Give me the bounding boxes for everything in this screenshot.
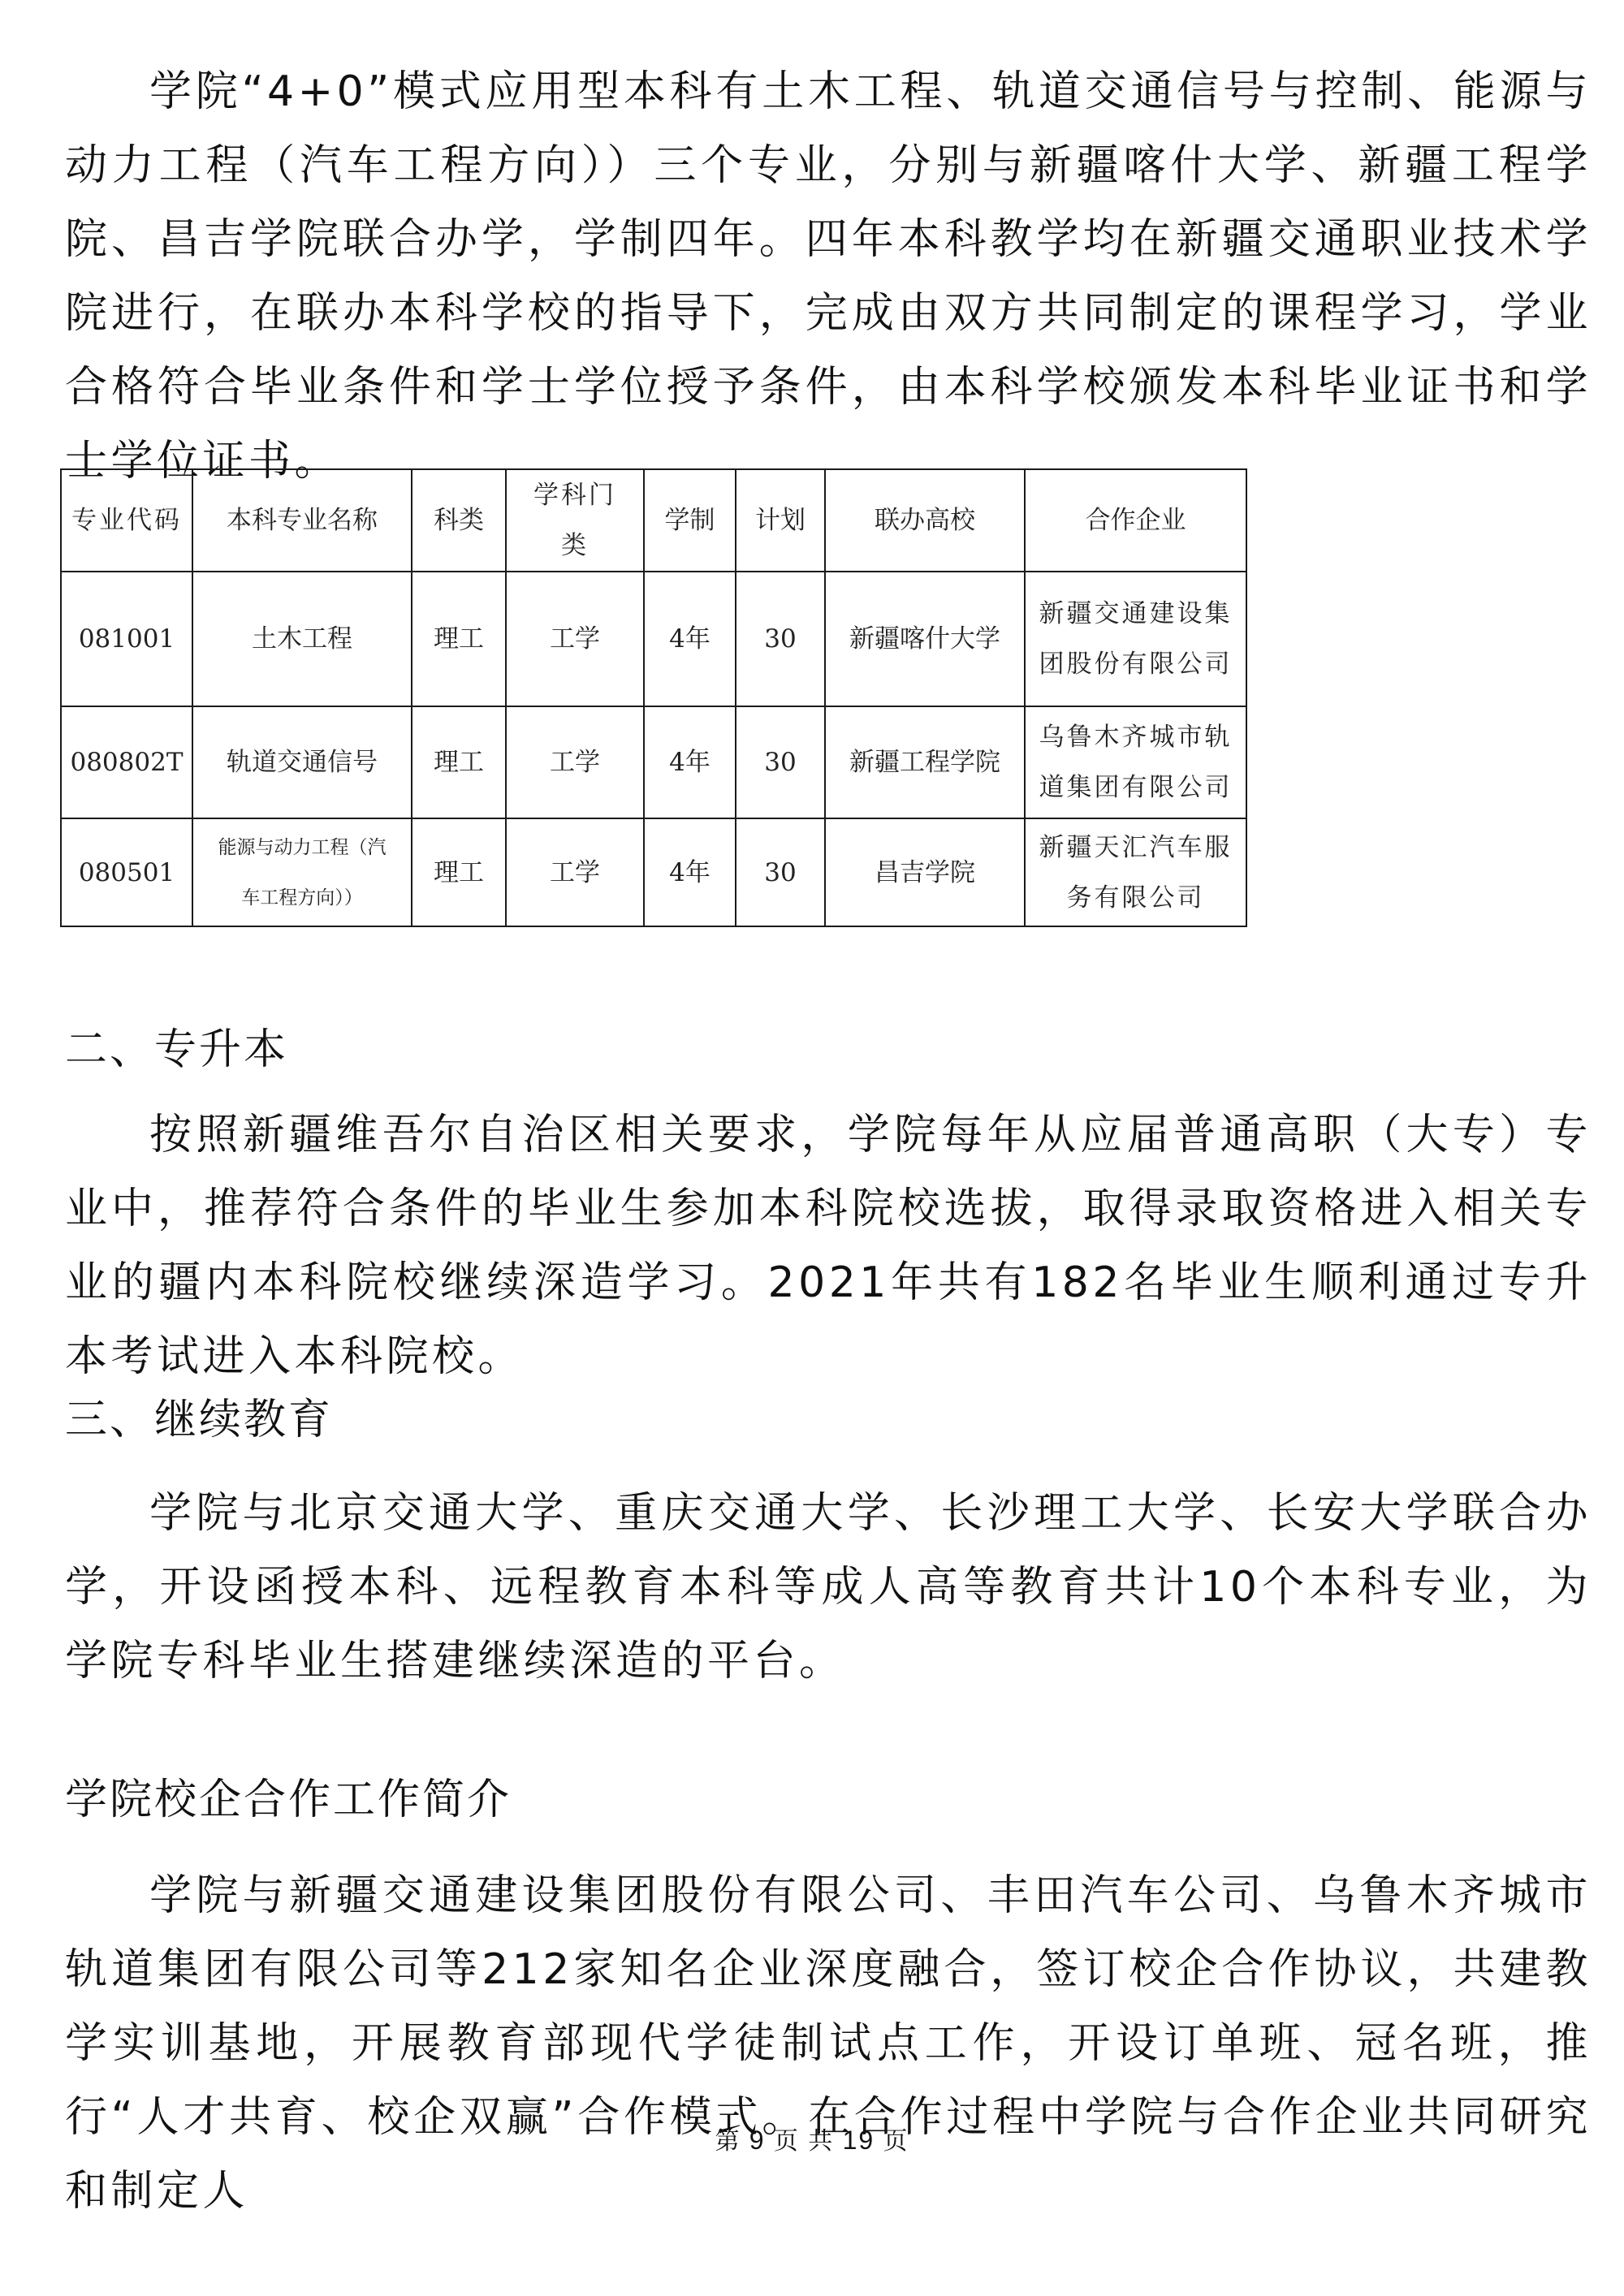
table-row: 080501 能源与动力工程（汽车工程方向）） 理工 工学 4年 30 昌吉学院… xyxy=(61,818,1246,926)
cell-partner: 新疆交通建设集团股份有限公司 xyxy=(1025,572,1246,706)
continuing-education-paragraph: 学院与北京交通大学、重庆交通大学、长沙理工大学、长安大学联合办学，开设函授本科、… xyxy=(65,1477,1592,1698)
header-discipline: 学科门类 xyxy=(506,469,644,572)
footer-prefix: 第 xyxy=(715,2128,741,2155)
intro-paragraph: 学院“4+0”模式应用型本科有土木工程、轨道交通信号与控制、能源与动力工程（汽车… xyxy=(65,55,1592,498)
cell-code: 080501 xyxy=(61,818,192,926)
cell-duration: 4年 xyxy=(644,572,736,706)
section-heading-continuing-education: 三、继续教育 xyxy=(65,1392,333,1448)
cell-name: 能源与动力工程（汽车工程方向）） xyxy=(192,818,412,926)
page-footer: 第 9 页 共 19 页 xyxy=(0,2121,1624,2156)
cell-code: 080802T xyxy=(61,706,192,818)
cell-plan: 30 xyxy=(736,706,825,818)
cell-name: 土木工程 xyxy=(192,572,412,706)
document-page: 学院“4+0”模式应用型本科有土木工程、轨道交通信号与控制、能源与动力工程（汽车… xyxy=(0,0,1624,2296)
cell-discipline: 工学 xyxy=(506,706,644,818)
section-heading-upgrade: 二、专升本 xyxy=(65,1021,288,1078)
footer-suffix: 页 xyxy=(883,2128,909,2155)
table-row: 081001 土木工程 理工 工学 4年 30 新疆喀什大学 新疆交通建设集团股… xyxy=(61,572,1246,706)
school-enterprise-paragraph: 学院与新疆交通建设集团股份有限公司、丰田汽车公司、乌鲁木齐城市轨道集团有限公司等… xyxy=(65,1859,1592,2229)
current-page-number: 9 xyxy=(749,2126,766,2155)
cell-plan: 30 xyxy=(736,818,825,926)
undergraduate-majors-table: 专业代码 本科专业名称 科类 学科门类 学制 计划 联办高校 合作企业 0810… xyxy=(60,468,1247,927)
cell-category: 理工 xyxy=(412,706,506,818)
header-major-code: 专业代码 xyxy=(61,469,192,572)
table-header-row: 专业代码 本科专业名称 科类 学科门类 学制 计划 联办高校 合作企业 xyxy=(61,469,1246,572)
footer-middle: 页 共 xyxy=(774,2128,834,2155)
cell-discipline: 工学 xyxy=(506,572,644,706)
header-plan: 计划 xyxy=(736,469,825,572)
total-page-count: 19 xyxy=(843,2126,875,2155)
header-university: 联办高校 xyxy=(825,469,1025,572)
cell-partner: 新疆天汇汽车服务有限公司 xyxy=(1025,818,1246,926)
cell-duration: 4年 xyxy=(644,818,736,926)
cell-discipline: 工学 xyxy=(506,818,644,926)
header-partner: 合作企业 xyxy=(1025,469,1246,572)
cell-university: 新疆喀什大学 xyxy=(825,572,1025,706)
cell-duration: 4年 xyxy=(644,706,736,818)
cell-code: 081001 xyxy=(61,572,192,706)
header-category: 科类 xyxy=(412,469,506,572)
header-duration: 学制 xyxy=(644,469,736,572)
cell-category: 理工 xyxy=(412,818,506,926)
section-heading-school-enterprise: 学院校企合作工作简介 xyxy=(65,1772,512,1828)
cell-partner: 乌鲁木齐城市轨道集团有限公司 xyxy=(1025,706,1246,818)
upgrade-paragraph: 按照新疆维吾尔自治区相关要求，学院每年从应届普通高职（大专）专业中，推荐符合条件… xyxy=(65,1098,1592,1394)
cell-plan: 30 xyxy=(736,572,825,706)
cell-university: 新疆工程学院 xyxy=(825,706,1025,818)
cell-category: 理工 xyxy=(412,572,506,706)
cell-name: 轨道交通信号 xyxy=(192,706,412,818)
cell-university: 昌吉学院 xyxy=(825,818,1025,926)
table-row: 080802T 轨道交通信号 理工 工学 4年 30 新疆工程学院 乌鲁木齐城市… xyxy=(61,706,1246,818)
header-major-name: 本科专业名称 xyxy=(192,469,412,572)
